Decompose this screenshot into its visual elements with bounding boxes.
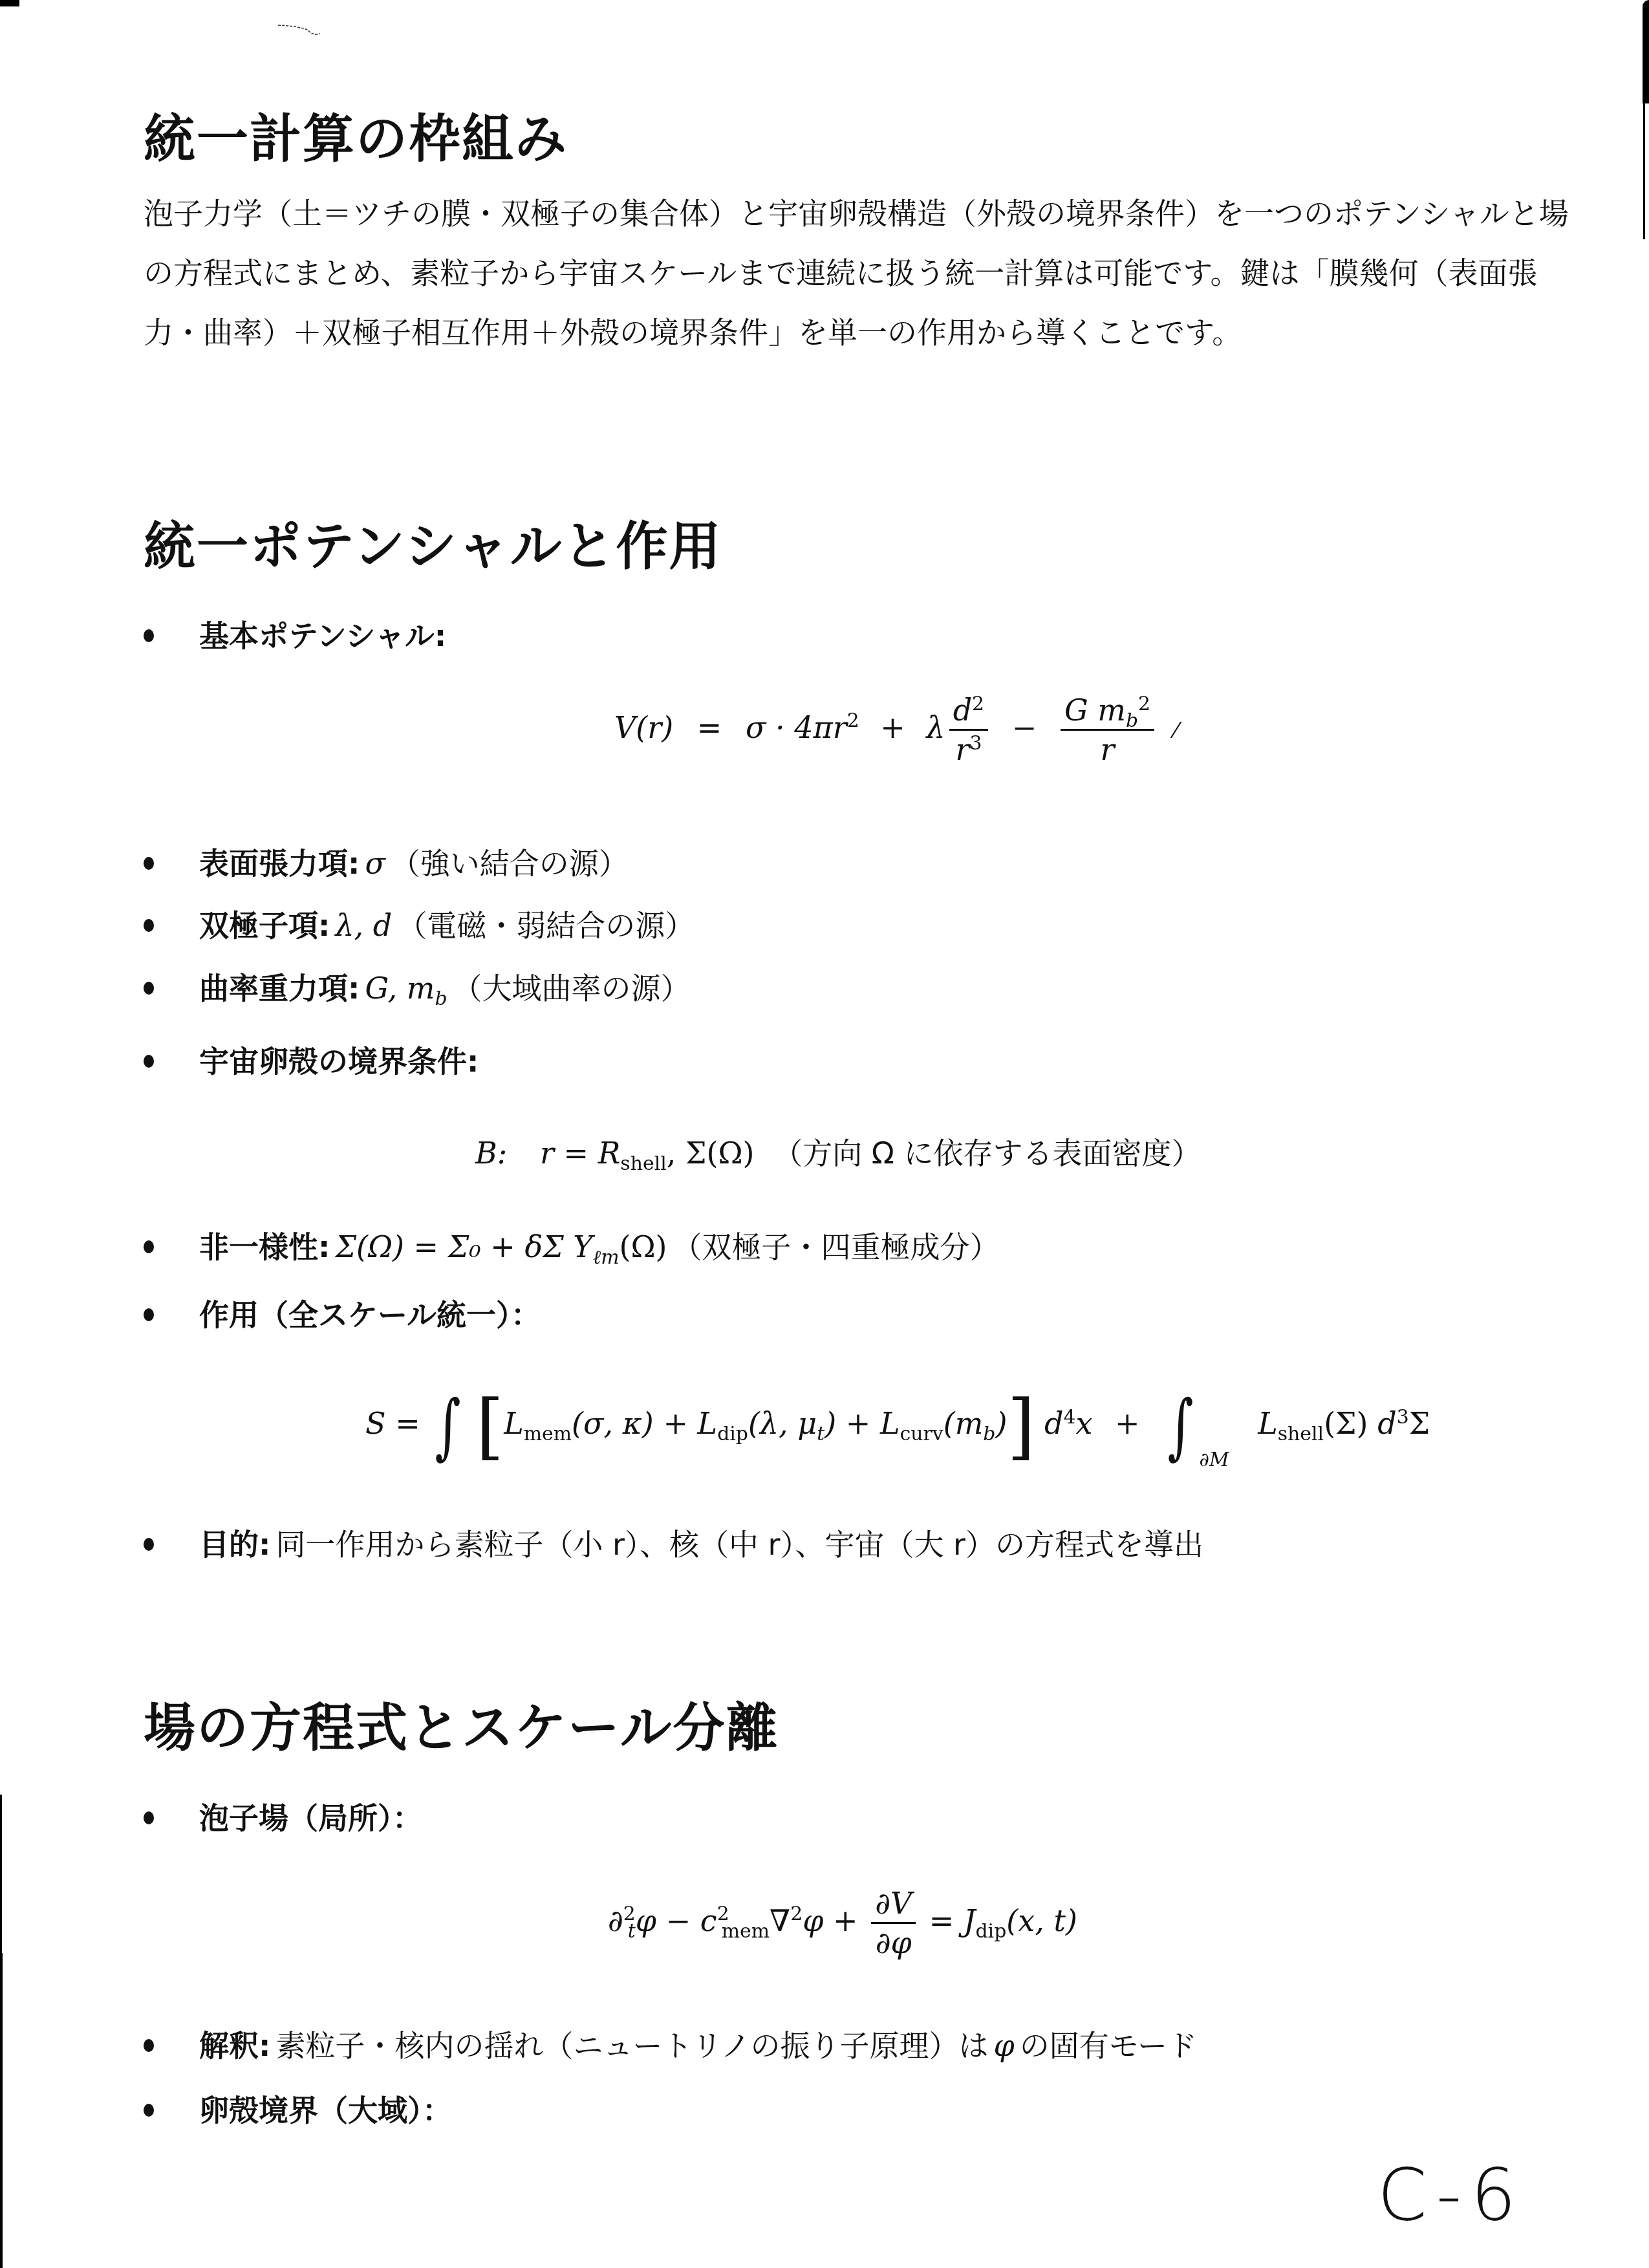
eq-term: d <box>1044 1406 1063 1441</box>
eq-term: ∂φ <box>872 1924 916 1958</box>
bullet-icon <box>144 1055 154 1068</box>
eq-term: t <box>817 1423 824 1445</box>
eq-term: (λ, μ <box>748 1406 817 1441</box>
eq-term: shell <box>1278 1423 1324 1445</box>
eq-term: d <box>953 693 972 728</box>
eq-term: ∇ <box>770 1903 790 1938</box>
eq-term: 2 <box>1138 693 1150 715</box>
eq-term: x <box>1075 1406 1092 1441</box>
section-heading: 統一ポテンシャルと作用 <box>144 521 722 572</box>
integral-sign: ∫ <box>435 1390 461 1462</box>
eq-term: Σ <box>1409 1406 1430 1441</box>
bullet-text: （電磁・弱結合の源） <box>397 908 695 943</box>
eq-term: shell <box>620 1152 666 1175</box>
scan-edge-artifact <box>1643 0 1649 103</box>
bullet-label: 宇宙卵殻の境界条件: <box>199 1044 479 1079</box>
bullet-item: 非一様性:Σ(Ω) = Σ₀ + δΣ Yℓm(Ω)（双極子・四重極成分） <box>144 1232 1000 1262</box>
bullet-math: ℓm <box>593 1246 620 1269</box>
eq-term: curv <box>900 1423 943 1445</box>
bullet-label: 双極子項: <box>199 908 330 943</box>
eq-term: φ <box>636 1903 656 1938</box>
bullet-math: φ <box>994 2028 1015 2063</box>
bullet-text: （大域曲率の源） <box>453 971 691 1006</box>
action-equation: S = ∫ [Lmem(σ, κ) + Ldip(λ, μt) + Lcurv(… <box>365 1390 1430 1462</box>
integral-sign: ∫ <box>1168 1390 1194 1462</box>
eq-term: 3 <box>969 732 982 755</box>
eq-term: r = R <box>540 1136 620 1171</box>
eq-term: ) <box>995 1406 1007 1441</box>
bullet-text: 同一作用から素粒子（小 r）、核（中 r）、宇宙（大 r）の方程式を導出 <box>275 1527 1203 1562</box>
eq-term: b <box>1126 709 1138 732</box>
eq-term: − <box>1012 710 1037 745</box>
bullet-item: 曲率重力項:G, mb（大域曲率の源） <box>144 973 691 1003</box>
eq-term: (m <box>943 1406 984 1441</box>
bullet-icon <box>144 919 154 932</box>
eq-term: − <box>666 1903 691 1938</box>
eq-term: r <box>955 732 969 767</box>
bullet-text: 素粒子・核内の揺れ（ニュートリノの振り子原理）は <box>275 2028 988 2063</box>
bullet-icon <box>144 857 154 870</box>
bullet-item: 卵殻境界（大域）： <box>144 2095 452 2125</box>
bullet-label: 解釈: <box>199 2028 270 2063</box>
eq-term: G m <box>1064 693 1126 728</box>
bracket: [ <box>476 1385 504 1467</box>
bullet-math: (Ω) <box>620 1229 667 1264</box>
bullet-item: 表面張力項:σ（強い結合の源） <box>144 848 629 878</box>
bullet-item: 解釈:素粒子・核内の揺れ（ニュートリノの振り子原理）はφの固有モード <box>144 2031 1197 2060</box>
eq-term: 3 <box>1397 1406 1409 1429</box>
eq-term: B: <box>475 1136 507 1171</box>
bullet-item: 泡子場（局所）： <box>144 1803 422 1833</box>
bullet-item: 目的:同一作用から素粒子（小 r）、核（中 r）、宇宙（大 r）の方程式を導出 <box>144 1529 1203 1559</box>
eq-term: φ <box>803 1903 823 1938</box>
potential-equation: V(r) = σ · 4πr2 + λd2r3 − G mb2r ⁄ <box>614 695 1178 764</box>
eq-term: + <box>833 1903 858 1938</box>
bullet-label: 作用（全スケール統一）： <box>199 1297 541 1332</box>
section-heading: 統一計算の枠組み <box>144 113 568 165</box>
bullet-label: 目的: <box>199 1527 270 1562</box>
section-heading: 場の方程式とスケール分離 <box>144 1702 779 1754</box>
eq-term: dip <box>717 1423 748 1445</box>
eq-term: r <box>1101 732 1115 767</box>
eq-term: S = <box>365 1406 420 1441</box>
eq-term: J <box>964 1903 975 1938</box>
eq-term: σ · 4πr <box>746 710 847 745</box>
eq-note: （方向 Ω に依存する表面密度） <box>773 1136 1201 1171</box>
bullet-label: 泡子場（局所）： <box>199 1800 422 1835</box>
eq-term: L <box>880 1406 900 1441</box>
bullet-math: G, m <box>365 971 435 1006</box>
eq-term: L <box>698 1406 718 1441</box>
eq-term: ∂ <box>608 1903 623 1938</box>
scan-edge-artifact <box>1643 103 1645 239</box>
bullet-text: の固有モード <box>1020 2028 1197 2063</box>
document-page: 統一計算の枠組み 泡子力学（土＝ツチの膜・双極子の集合体）と宇宙卵殻構造（外殻の… <box>0 0 1649 2268</box>
eq-term: + <box>880 710 905 745</box>
boundary-equation: B: r = Rshell, Σ(Ω) （方向 Ω に依存する表面密度） <box>475 1138 1202 1168</box>
bullet-math: σ <box>365 846 385 881</box>
eq-term: ) <box>824 1406 836 1441</box>
eq-term: c <box>700 1903 717 1938</box>
eq-term: = <box>697 710 722 745</box>
eq-term: L <box>504 1406 524 1441</box>
eq-term: 2 <box>972 693 984 715</box>
bullet-icon <box>144 629 154 642</box>
fraction: G mb2r <box>1061 695 1154 764</box>
bullet-math: Σ(Ω) = Σ₀ + δΣ Y <box>335 1229 592 1264</box>
eq-term: b <box>983 1423 995 1445</box>
eq-term: (x, t) <box>1006 1903 1077 1938</box>
bullet-item: 作用（全スケール統一）： <box>144 1300 541 1330</box>
pencil-scribble-mark <box>278 22 343 41</box>
eq-term: t <box>628 1920 636 1943</box>
bullet-math: b <box>435 988 447 1010</box>
bullet-label: 卵殻境界（大域）： <box>199 2093 452 2128</box>
handwritten-page-marker: C-6 <box>1377 2154 1525 2236</box>
bullet-icon <box>144 2104 154 2117</box>
bullet-item: 基本ポテンシャル: <box>144 621 446 651</box>
bullet-text: （強い結合の源） <box>391 846 629 881</box>
eq-term: mem <box>722 1920 770 1943</box>
eq-term: 4 <box>1063 1406 1075 1429</box>
bullet-label: 表面張力項: <box>199 846 360 881</box>
eq-term: = <box>929 1903 954 1938</box>
eq-term: dip <box>975 1920 1006 1943</box>
bullet-icon <box>144 1240 154 1253</box>
fraction: ∂V∂φ <box>871 1888 916 1958</box>
bullet-math: λ, d <box>335 908 392 943</box>
field-equation: ∂2tφ − c2mem∇2φ + ∂V∂φ = Jdip(x, t) <box>608 1888 1077 1958</box>
bracket: ] <box>1007 1385 1035 1467</box>
bullet-label: 曲率重力項: <box>199 971 360 1006</box>
eq-term: λ <box>927 710 945 745</box>
eq-term: V(r) <box>614 710 673 745</box>
eq-term: ∂M <box>1199 1449 1229 1471</box>
pencil-tick-mark: ⁄ <box>1174 718 1178 744</box>
bullet-label: 非一様性: <box>199 1229 330 1264</box>
bullet-icon <box>144 1811 154 1824</box>
eq-term: d <box>1377 1406 1396 1441</box>
eq-term: 2 <box>847 709 859 732</box>
scan-edge-artifact <box>0 1795 2 1953</box>
eq-term: (σ, κ) <box>572 1406 654 1441</box>
bullet-item: 宇宙卵殻の境界条件: <box>144 1046 479 1076</box>
bullet-item: 双極子項:λ, d（電磁・弱結合の源） <box>144 911 695 940</box>
bullet-icon <box>144 1308 154 1321</box>
bullet-icon <box>144 2039 154 2052</box>
eq-term: 2 <box>790 1903 803 1925</box>
bullet-icon <box>144 1538 154 1551</box>
scan-edge-artifact <box>0 1953 3 2268</box>
intro-paragraph: 泡子力学（土＝ツチの膜・双極子の集合体）と宇宙卵殻構造（外殻の境界条件）を一つの… <box>144 184 1586 362</box>
fraction: d2r3 <box>949 695 988 764</box>
eq-term: Σ(Ω) <box>685 1136 755 1171</box>
eq-term: (Σ) <box>1324 1406 1368 1441</box>
eq-term: ∂V <box>871 1888 916 1924</box>
bullet-text: （双極子・四重極成分） <box>673 1229 1000 1264</box>
bullet-icon <box>144 982 154 995</box>
eq-term: L <box>1258 1406 1278 1441</box>
eq-term: mem <box>524 1423 572 1445</box>
scan-edge-artifact <box>0 0 19 6</box>
bullet-label: 基本ポテンシャル: <box>199 618 446 653</box>
